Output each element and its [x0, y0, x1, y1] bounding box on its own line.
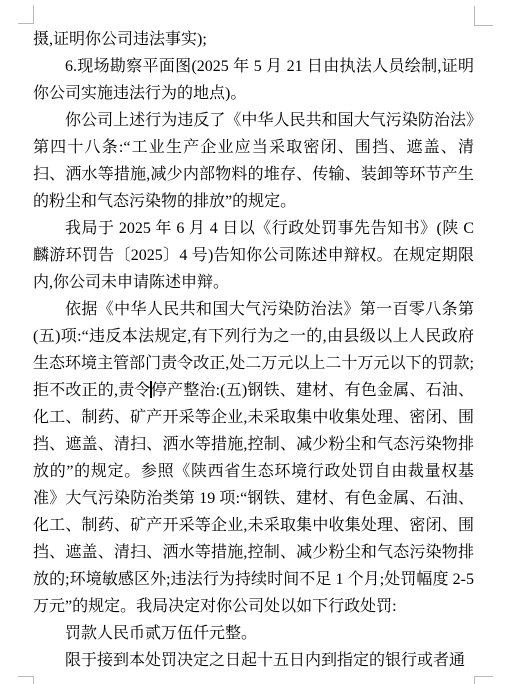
paragraph-fine-amount[interactable]: 罚款人民币贰万伍仟元整。	[33, 620, 474, 647]
paragraph-prior-notice[interactable]: 我局于 2025 年 6 月 4 日以《行政处罚事先告知书》(陕 C 麟游环罚告…	[33, 215, 474, 296]
document-page[interactable]: 摄,证明你公司违法事实); 6.现场勘察平面图(2025 年 5 月 21 日由…	[0, 0, 509, 684]
crop-mark-top-right	[474, 6, 493, 26]
paragraph-penalty-basis[interactable]: 依据《中华人民共和国大气污染防治法》第一百零八条第(五)项:“违反本法规定,有下…	[33, 296, 474, 620]
document-text-area[interactable]: 摄,证明你公司违法事实); 6.现场勘察平面图(2025 年 5 月 21 日由…	[33, 26, 474, 674]
crop-mark-top-left	[18, 5, 34, 24]
paragraph-violated-law[interactable]: 你公司上述行为违反了《中华人民共和国大气污染防治法》第四十八条:“工业生产企业应…	[33, 107, 474, 215]
paragraph-payment-instruction[interactable]: 限于接到本处罚决定之日起十五日内到指定的银行或者通	[33, 647, 474, 674]
crop-mark-bottom-right	[474, 676, 493, 684]
penalty-basis-text-after-cursor: 停产整治:(五)钢铁、建材、有色金属、石油、化工、制药、矿产开采等企业,未采取集…	[33, 382, 474, 615]
paragraph-evidence-item5-tail[interactable]: 摄,证明你公司违法事实);	[33, 26, 474, 53]
paragraph-evidence-item6[interactable]: 6.现场勘察平面图(2025 年 5 月 21 日由执法人员绘制,证明你公司实施…	[33, 53, 474, 107]
crop-mark-bottom-left	[18, 676, 34, 684]
